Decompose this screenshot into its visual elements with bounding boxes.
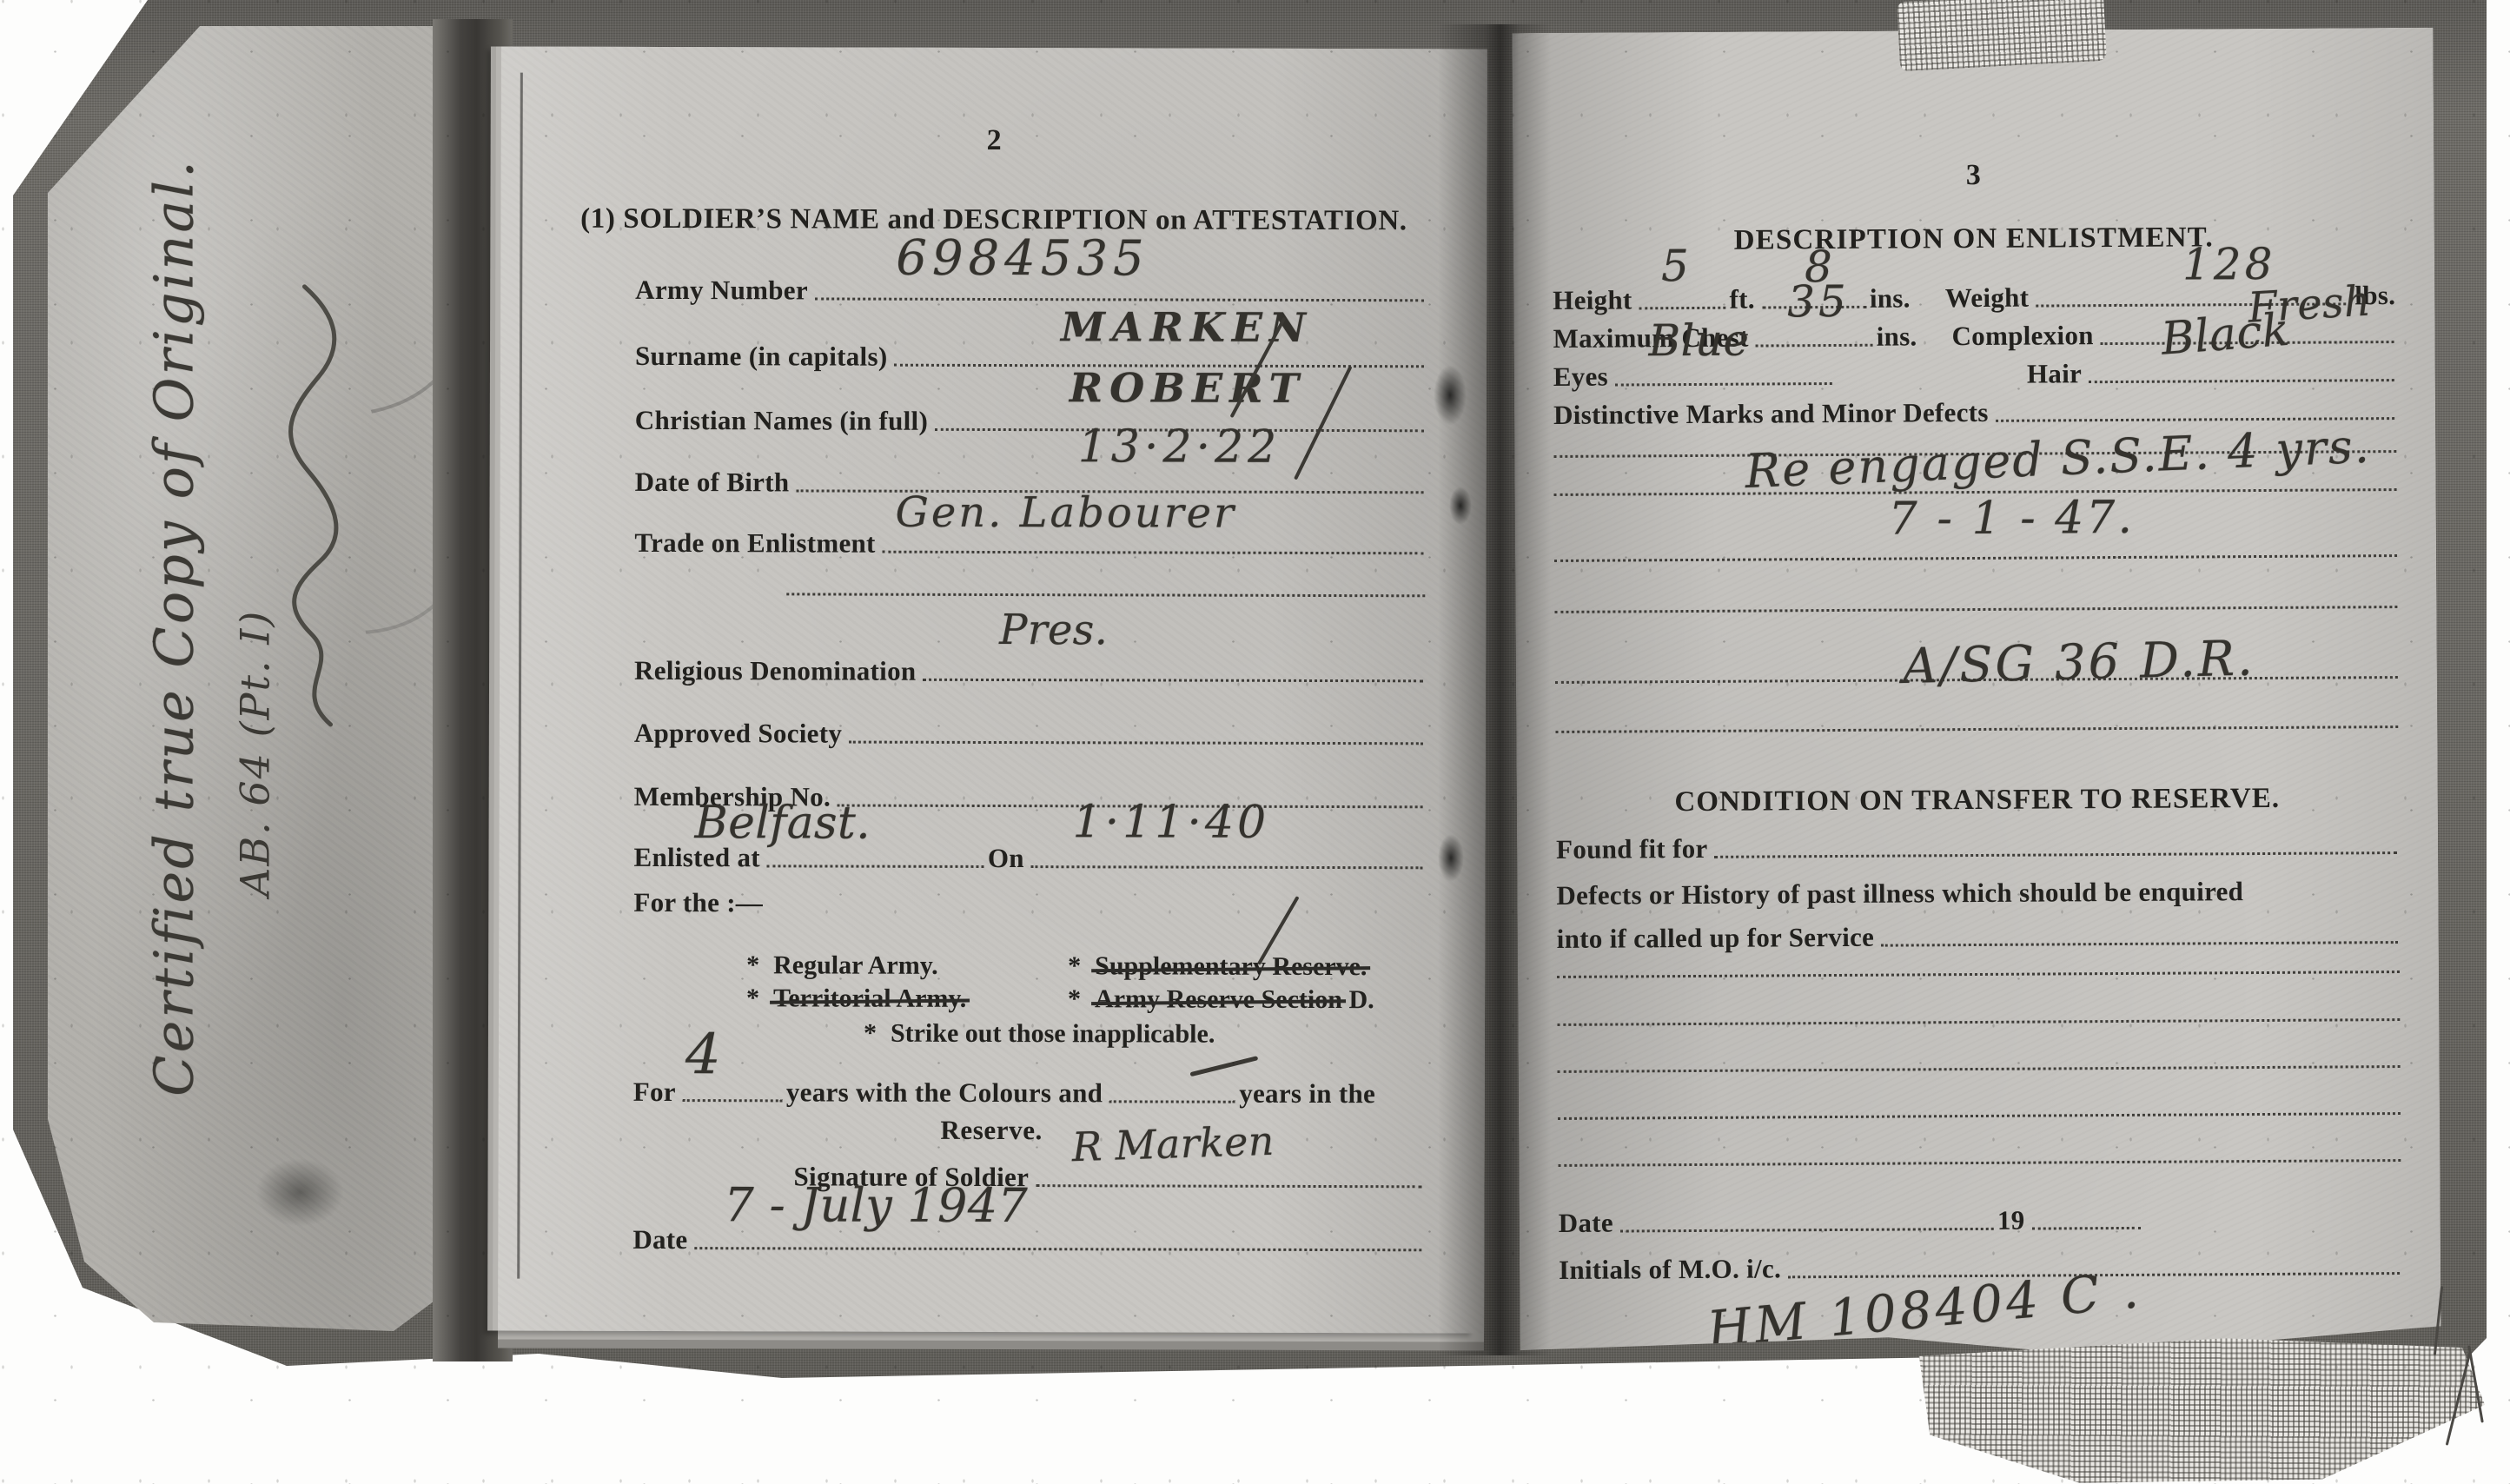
option-territorial-army: *Territorial Army.	[746, 984, 966, 1014]
page-2: 2 (1) SOLDIER’S NAME and DESCRIPTION on …	[498, 47, 1487, 1334]
surname-label: Surname (in capitals)	[635, 341, 888, 373]
christian-names-label: Christian Names (in full)	[635, 405, 928, 437]
enlisted-at-value: Belfast.	[695, 797, 871, 850]
asterisk: *	[864, 1019, 877, 1048]
colours-service-line: For years with the Colours and years in …	[633, 1077, 1424, 1110]
trade-value: Gen. Labourer	[895, 488, 1236, 538]
field-christian-names: Christian Names (in full) ROBERT	[635, 405, 1426, 438]
gauze-cloth-bottom	[1906, 1335, 2485, 1484]
page3-title: DESCRIPTION ON ENLISTMENT.	[1513, 221, 2434, 258]
dotted-line	[1557, 1018, 2400, 1026]
reserve-word: Reserve.	[499, 1114, 1485, 1148]
dotted-line	[1620, 1228, 1994, 1233]
dotted-line	[1756, 344, 1873, 348]
enlisted-on-value: 1·11·40	[1073, 796, 1270, 849]
dotted-line	[815, 297, 1424, 301]
army-number-value: 6984535	[896, 230, 1149, 288]
religion-label: Religious Denomination	[634, 655, 916, 687]
defects-text-line1: Defects or History of past illness which…	[1556, 875, 2399, 911]
page-3: 3 DESCRIPTION ON ENLISTMENT. Height ft. …	[1512, 28, 2440, 1358]
dotted-line	[786, 593, 1425, 597]
reserve-years-text: years in the	[1239, 1078, 1375, 1110]
dotted-line	[1031, 865, 1423, 869]
hair-label: Hair	[2027, 358, 2082, 389]
date-label: Date	[632, 1224, 687, 1255]
date-of-birth-value: 13·2·22	[1078, 421, 1281, 474]
weight-label: Weight	[1945, 282, 2030, 315]
dotted-line	[1715, 851, 2398, 858]
ink-smudge	[252, 1156, 348, 1229]
chest-ins-label: ins.	[1877, 321, 1917, 352]
dotted-line	[1558, 1159, 2401, 1167]
eyes-label: Eyes	[1553, 361, 1608, 393]
dotted-line	[2032, 1227, 2141, 1230]
field-surname: Surname (in capitals) MARKEN	[635, 341, 1426, 374]
dotted-line	[1615, 382, 1832, 387]
cover-note-line1: Certified true Copy of Original.	[142, 158, 206, 1096]
years-with-colours-value: 4	[685, 1023, 721, 1087]
asterisk: *	[1068, 951, 1081, 980]
dotted-line	[1554, 554, 2397, 562]
field-approved-society: Approved Society	[634, 718, 1425, 751]
dotted-line	[1639, 307, 1726, 310]
army-number-label: Army Number	[635, 275, 808, 307]
cover-note-line2: AB. 64 (Pt. I)	[232, 158, 279, 897]
approved-society-label: Approved Society	[634, 718, 842, 750]
for-label: For	[633, 1077, 676, 1108]
asterisk: *	[746, 951, 759, 979]
dotted-line	[767, 865, 984, 868]
dotted-line	[1109, 1100, 1235, 1103]
for-the-label: For the :—	[633, 887, 763, 918]
field-religion: Religious Denomination Pres.	[634, 655, 1425, 688]
field-trade: Trade on Enlistment Gen. Labourer	[634, 527, 1425, 560]
dotted-line	[1881, 941, 2398, 947]
dotted-line	[694, 1247, 1421, 1251]
asg-note: A/SG 36 D.R.	[1902, 631, 2255, 696]
christian-names-value: ROBERT	[1070, 364, 1306, 412]
weight-value: 128	[2182, 239, 2276, 290]
dotted-line	[849, 741, 1423, 745]
year-prefix: 19	[1997, 1205, 2025, 1236]
reengaged-note-line1: Re engaged S.S.E. 4 yrs.	[1744, 419, 2371, 499]
mo-initials-label: Initials of M.O. i/c.	[1559, 1253, 1781, 1286]
hair-value: Black	[2159, 304, 2291, 366]
colours-text: years with the Colours and	[786, 1077, 1103, 1109]
mo-date-label: Date	[1559, 1208, 1613, 1239]
distinctive-marks-label: Distinctive Marks and Minor Defects	[1553, 397, 1989, 431]
page3-number: 3	[1513, 156, 2434, 195]
field-army-number: Army Number 6984535	[635, 275, 1426, 308]
field-found-fit: Found fit for	[1556, 829, 2399, 865]
handwritten-dash	[1189, 1056, 1258, 1077]
for-the-heading: For the :—	[633, 887, 1424, 920]
dotted-line	[1558, 1065, 2401, 1073]
page2-number: 2	[501, 123, 1487, 159]
asterisk: *	[746, 984, 759, 1012]
height-ft-value: 5	[1661, 241, 1689, 291]
page-edge-line	[517, 73, 523, 1279]
chest-value: 35	[1787, 276, 1850, 327]
cover-signature-scribble	[286, 280, 347, 732]
dotted-line	[1036, 1184, 1421, 1188]
dotted-line	[1558, 1112, 2401, 1120]
field-eyes-hair: Eyes Hair Blue Black	[1553, 356, 2396, 393]
date-of-birth-label: Date of Birth	[635, 467, 790, 498]
surname-value: MARKEN	[1061, 303, 1313, 351]
dotted-line	[1555, 725, 2398, 733]
strike-out-note: *Strike out those inapplicable.	[864, 1019, 1215, 1050]
height-label: Height	[1553, 284, 1632, 316]
gauze-cloth-top	[1897, 0, 2107, 71]
cover-panel: Certified true Copy of Original. AB. 64 …	[48, 26, 440, 1334]
eyes-value: Blue	[1648, 315, 1749, 367]
ins-label: ins.	[1870, 282, 1911, 314]
found-fit-label: Found fit for	[1556, 833, 1708, 865]
dotted-line	[1557, 971, 2400, 978]
reengaged-note-line2: 7 - 1 - 47.	[1889, 492, 2135, 546]
cover-certification-note: Certified true Copy of Original. AB. 64 …	[142, 158, 347, 1096]
dotted-line	[883, 551, 1424, 555]
field-enlisted: Enlisted at On Belfast. 1·11·40	[633, 842, 1424, 875]
religion-value: Pres.	[999, 606, 1108, 654]
option-army-reserve-section-d: *Army Reserve Section D.	[1068, 984, 1374, 1015]
signature-value: R Marken	[1071, 1117, 1275, 1170]
dotted-line	[923, 679, 1423, 683]
field-mo-date: Date 19	[1559, 1202, 2401, 1239]
trade-label: Trade on Enlistment	[634, 527, 875, 560]
scanned-service-book: Certified true Copy of Original. AB. 64 …	[0, 0, 2510, 1484]
option-regular-army: *Regular Army.	[746, 951, 938, 981]
on-label: On	[988, 843, 1024, 874]
dotted-line	[683, 1099, 783, 1102]
dotted-line	[1554, 606, 2397, 613]
defects-text-line2: into if called up for Service	[1557, 918, 2400, 955]
option-supplementary-reserve: *Supplementary Reserve.	[1068, 951, 1367, 982]
asterisk: *	[1068, 984, 1081, 1013]
ft-label: ft.	[1729, 284, 1755, 315]
field-date: Date 7 - July 1947	[632, 1224, 1423, 1257]
date-value: 7 - July 1947	[724, 1177, 1028, 1233]
complexion-label: Complexion	[1951, 320, 2093, 352]
dotted-line	[2089, 379, 2394, 383]
transfer-title: CONDITION ON TRANSFER TO RESERVE.	[1517, 782, 2438, 819]
